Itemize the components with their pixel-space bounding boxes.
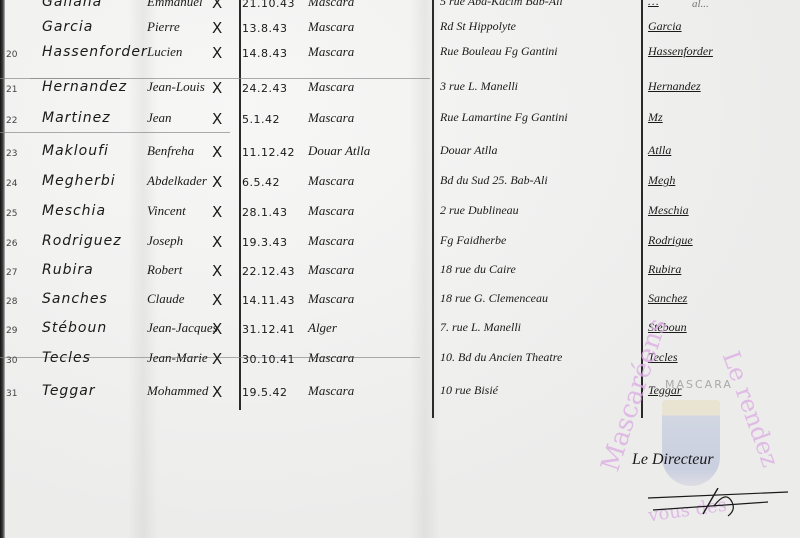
address: 18 rue G. Clemenceau	[440, 291, 548, 306]
signature: Hassenforder	[648, 44, 713, 59]
first-name: Jean	[147, 110, 172, 126]
place-of-birth: Mascara	[308, 383, 354, 399]
director-signature-icon	[648, 488, 788, 518]
first-name: Vincent	[147, 203, 186, 219]
first-name: Joseph	[147, 233, 183, 249]
date-of-birth: 21.10.43	[242, 0, 295, 10]
date-of-birth: 22.12.43	[242, 265, 295, 278]
last-name: Rodriguez	[42, 233, 122, 249]
last-name: Martinez	[42, 110, 111, 126]
table-row: GallanaEmmanuelX21.10.43Mascara5 rue Abd…	[0, 0, 800, 18]
signature: Atlla	[648, 143, 671, 158]
date-of-birth: 6.5.42	[242, 176, 280, 189]
row-number: 22	[6, 116, 17, 126]
table-row: 26RodriguezJosephX19.3.43MascaraFg Faidh…	[0, 233, 800, 257]
row-number: 28	[6, 297, 17, 307]
x-mark: X	[212, 383, 222, 401]
x-mark: X	[212, 110, 222, 128]
last-name: Stéboun	[42, 320, 107, 336]
signature: Hernandez	[648, 79, 701, 94]
row-number: 24	[6, 179, 17, 189]
address: 3 rue L. Manelli	[440, 79, 518, 94]
date-of-birth: 31.12.41	[242, 323, 295, 336]
signature: Rodrigue	[648, 233, 693, 248]
last-name: Meschia	[42, 203, 106, 219]
x-mark: X	[212, 350, 222, 368]
x-mark: X	[212, 19, 222, 37]
address: Rue Bouleau Fg Gantini	[440, 44, 558, 59]
first-name: Jean-Louis	[147, 79, 205, 95]
last-name: Megherbi	[42, 173, 116, 189]
x-mark: X	[212, 320, 222, 338]
last-name: Gallana	[42, 0, 102, 10]
address: Bd du Sud 25. Bab-Ali	[440, 173, 548, 188]
signature: Mz	[648, 110, 663, 125]
x-mark: X	[212, 291, 222, 309]
table-row: 20HassenforderLucienX14.8.43MascaraRue B…	[0, 44, 800, 68]
place-of-birth: Mascara	[308, 0, 354, 10]
place-of-birth: Mascara	[308, 173, 354, 189]
date-of-birth: 5.1.42	[242, 113, 280, 126]
scanned-document: al... GallanaEmmanuelX21.10.43Mascara5 r…	[0, 0, 800, 538]
address: 7. rue L. Manelli	[440, 320, 521, 335]
table-row: 27RubiraRobertX22.12.43Mascara18 rue du …	[0, 262, 800, 286]
x-mark: X	[212, 44, 222, 62]
last-name: Makloufi	[42, 143, 109, 159]
x-mark: X	[212, 79, 222, 97]
last-name: Rubira	[42, 262, 94, 278]
row-number: 23	[6, 149, 17, 159]
first-name: Claude	[147, 291, 185, 307]
x-mark: X	[212, 0, 222, 12]
x-mark: X	[212, 143, 222, 161]
first-name: Mohammed	[147, 383, 208, 399]
table-row: 30TeclesJean-MarieX30.10.41Mascara10. Bd…	[0, 350, 800, 374]
first-name: Lucien	[147, 44, 182, 60]
first-name: Emmanuel	[147, 0, 203, 10]
place-of-birth: Mascara	[308, 233, 354, 249]
address: Rd St Hippolyte	[440, 19, 516, 34]
last-name: Garcia	[42, 19, 93, 35]
first-name: Abdelkader	[147, 173, 207, 189]
row-number: 30	[6, 356, 17, 366]
place-of-birth: Mascara	[308, 19, 354, 35]
row-number: 29	[6, 326, 17, 336]
table-row: 28SanchesClaudeX14.11.43Mascara18 rue G.…	[0, 291, 800, 315]
signature: …	[648, 0, 659, 9]
place-of-birth: Mascara	[308, 203, 354, 219]
signature: Megh	[648, 173, 675, 188]
address: 10 rue Bisié	[440, 383, 498, 398]
last-name: Sanches	[42, 291, 108, 307]
signature: Rubira	[648, 262, 681, 277]
table-row: 24MegherbiAbdelkaderX6.5.42MascaraBd du …	[0, 173, 800, 197]
x-mark: X	[212, 262, 222, 280]
first-name: Jean-Marie	[147, 350, 208, 366]
date-of-birth: 24.2.43	[242, 82, 288, 95]
place-of-birth: Mascara	[308, 110, 354, 126]
place-of-birth: Mascara	[308, 44, 354, 60]
date-of-birth: 19.5.42	[242, 386, 288, 399]
row-number: 27	[6, 268, 17, 278]
first-name: Benfreha	[147, 143, 194, 159]
table-row: 22MartinezJeanX5.1.42MascaraRue Lamartin…	[0, 110, 800, 134]
row-number: 25	[6, 209, 17, 219]
address: 18 rue du Caire	[440, 262, 516, 277]
first-name: Pierre	[147, 19, 180, 35]
address: Rue Lamartine Fg Gantini	[440, 110, 568, 125]
place-of-birth: Mascara	[308, 291, 354, 307]
address: 10. Bd du Ancien Theatre	[440, 350, 562, 365]
crest-label: MASCARA	[665, 378, 733, 391]
row-number: 31	[6, 389, 17, 399]
last-name: Teggar	[42, 383, 96, 399]
signature: Garcia	[648, 19, 682, 34]
place-of-birth: Alger	[308, 320, 337, 336]
signature: Meschia	[648, 203, 689, 218]
last-name: Hassenforder	[42, 44, 148, 60]
x-mark: X	[212, 233, 222, 251]
date-of-birth: 11.12.42	[242, 146, 295, 159]
date-of-birth: 13.8.43	[242, 22, 288, 35]
first-name: Robert	[147, 262, 182, 278]
director-label: Le Directeur	[632, 451, 714, 469]
date-of-birth: 19.3.43	[242, 236, 288, 249]
row-number: 21	[6, 85, 17, 95]
address: 5 rue Abd-Kacim Bab-Ali	[440, 0, 563, 9]
date-of-birth: 14.8.43	[242, 47, 288, 60]
crest-icon	[662, 400, 720, 486]
address: Douar Atlla	[440, 143, 497, 158]
place-of-birth: Douar Atlla	[308, 143, 370, 159]
x-mark: X	[212, 173, 222, 191]
signature: Sanchez	[648, 291, 687, 306]
address: Fg Faidherbe	[440, 233, 506, 248]
last-name: Tecles	[42, 350, 91, 366]
date-of-birth: 30.10.41	[242, 353, 295, 366]
row-number: 26	[6, 239, 17, 249]
place-of-birth: Mascara	[308, 79, 354, 95]
first-name: Jean-Jacques	[147, 320, 218, 336]
table-row: 21HernandezJean-LouisX24.2.43Mascara3 ru…	[0, 79, 800, 103]
place-of-birth: Mascara	[308, 350, 354, 366]
last-name: Hernandez	[42, 79, 127, 95]
date-of-birth: 28.1.43	[242, 206, 288, 219]
place-of-birth: Mascara	[308, 262, 354, 278]
table-row: 25MeschiaVincentX28.1.43Mascara2 rue Dub…	[0, 203, 800, 227]
date-of-birth: 14.11.43	[242, 294, 295, 307]
row-number: 20	[6, 50, 17, 60]
address: 2 rue Dublineau	[440, 203, 519, 218]
table-row: GarciaPierreX13.8.43MascaraRd St Hippoly…	[0, 19, 800, 43]
table-row: 23MakloufiBenfrehaX11.12.42Douar AtllaDo…	[0, 143, 800, 167]
table-row: 29StébounJean-JacquesX31.12.41Alger7. ru…	[0, 320, 800, 344]
x-mark: X	[212, 203, 222, 221]
